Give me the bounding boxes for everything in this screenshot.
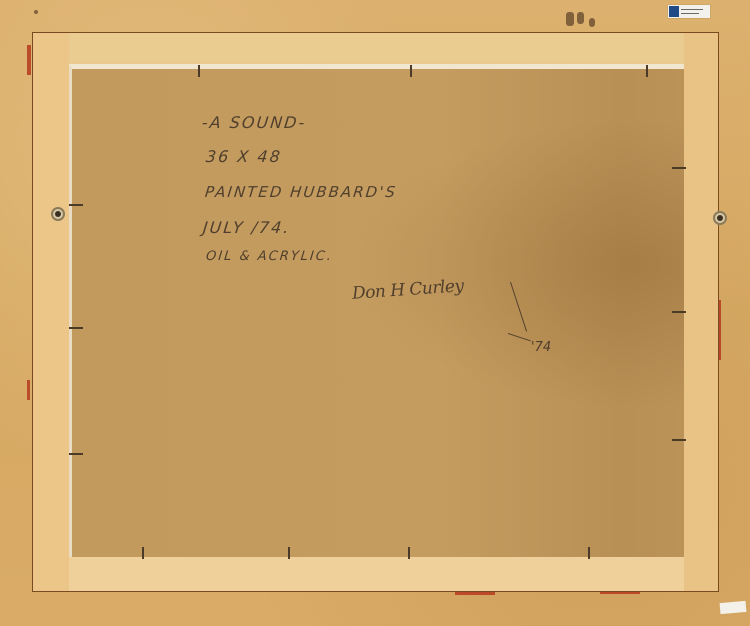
inscription-dimensions: 36 X 48 [205, 147, 283, 166]
inscription-title: -A SOUND- [201, 113, 307, 132]
staple [408, 547, 410, 559]
staple [672, 167, 686, 169]
staple [672, 439, 686, 441]
hanger-ring-left [51, 207, 65, 221]
nail-hole [577, 12, 584, 24]
staple [410, 65, 412, 77]
red-paint-left [27, 45, 31, 75]
red-paint-left-lower [27, 380, 30, 400]
inscription-location: PAINTED HUBBARD'S [204, 183, 398, 201]
staple [198, 65, 200, 77]
inventory-sticker [720, 601, 747, 614]
staple [588, 547, 590, 559]
staple [672, 311, 686, 313]
stretcher-right [684, 33, 718, 591]
staple [69, 453, 83, 455]
inscription-date: JULY /74. [202, 218, 292, 237]
collection-label [668, 5, 710, 18]
stretcher-bottom [33, 557, 718, 591]
label-text-line [681, 9, 703, 10]
red-paint-bottom [455, 591, 495, 595]
staple [142, 547, 144, 559]
red-paint-bottom-right [600, 591, 640, 594]
nail-hole [589, 18, 595, 27]
inscription-medium: OIL & ACRYLIC. [205, 249, 334, 264]
staple [69, 327, 83, 329]
staple [646, 65, 648, 77]
backing-board [69, 64, 684, 557]
staple [69, 204, 83, 206]
stretcher-left [33, 33, 69, 591]
stretcher-top [33, 33, 718, 63]
label-logo [669, 6, 679, 17]
label-text-line [681, 13, 699, 14]
hanger-ring-right [713, 211, 727, 225]
red-paint-right [718, 300, 721, 360]
nail-hole [566, 12, 574, 26]
nail-hole [34, 10, 38, 14]
staple [288, 547, 290, 559]
signature-year: '74 [531, 340, 551, 355]
